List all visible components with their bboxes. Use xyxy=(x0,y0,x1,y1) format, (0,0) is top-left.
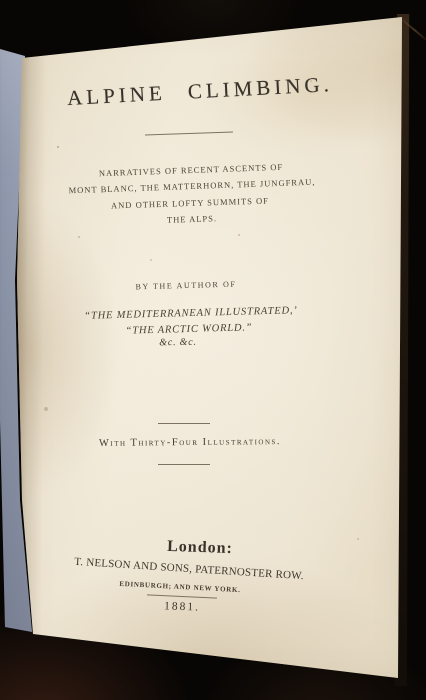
divider-rule xyxy=(147,594,217,598)
book-photo: ALPINE CLIMBING. NARRATIVES OF RECENT AS… xyxy=(0,0,426,700)
book-title: ALPINE CLIMBING. xyxy=(40,71,361,113)
title-page: ALPINE CLIMBING. NARRATIVES OF RECENT AS… xyxy=(0,0,426,700)
paper-speckles xyxy=(57,146,59,148)
illustrations-note: With Thirty-Four Illustrations. xyxy=(30,435,350,449)
divider-rule xyxy=(158,464,210,465)
divider-rule xyxy=(145,131,233,135)
imprint-year: 1881. xyxy=(22,595,342,618)
subtitle-line-4: THE ALPS. xyxy=(32,209,352,229)
byline: BY THE AUTHOR OF xyxy=(26,277,346,294)
divider-rule xyxy=(158,423,210,424)
